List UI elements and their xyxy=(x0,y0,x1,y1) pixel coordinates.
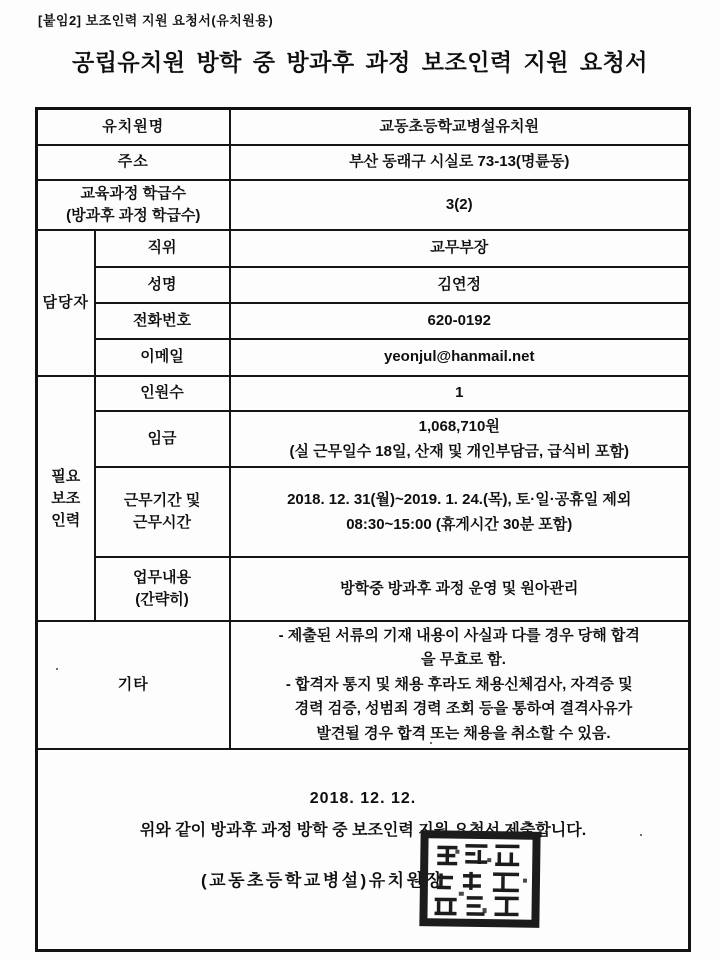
row-staff-wage: 임금 1,068,710원 (실 근무일수 18일, 산재 및 개인부담금, 급… xyxy=(37,411,690,467)
scan-noise-dot xyxy=(430,742,432,744)
manager-phone-value: 620-0192 xyxy=(230,303,690,339)
manager-name-label: 성명 xyxy=(95,267,230,303)
manager-name-value: 김연정 xyxy=(230,267,690,303)
row-staff-duties: 업무내용 (간략히) 방학중 방과후 과정 운영 및 원아관리 xyxy=(37,557,690,621)
row-etc: 기타 - 제출된 서류의 기재 내용이 사실과 다를 경우 당해 합격 을 무효… xyxy=(37,621,690,749)
work-period-value: 2018. 12. 31(월)~2019. 1. 24.(목), 토·일·공휴일… xyxy=(230,467,690,557)
etc-notes: - 제출된 서류의 기재 내용이 사실과 다를 경우 당해 합격 을 무효로 함… xyxy=(230,621,690,749)
signer-title: (교동초등학교병설)유치원장 xyxy=(201,870,444,893)
scan-noise-dot xyxy=(56,668,58,670)
scanned-request-form-document: [붙임2] 보조인력 지원 요청서(유치원용) 공립유치원 방학 중 방과후 과… xyxy=(0,0,720,960)
kindergarten-name-label: 유치원명 xyxy=(37,109,230,146)
manager-group-label: 담당자 xyxy=(37,230,95,376)
page-title: 공립유치원 방학 중 방과후 과정 보조인력 지원 요청서 xyxy=(0,44,720,77)
etc-note-line: 을 무효로 함. xyxy=(231,648,689,673)
address-value: 부산 동래구 시실로 73-13(명륜동) xyxy=(230,145,690,180)
etc-label: 기타 xyxy=(37,621,230,749)
etc-note-line: 경력 검증, 성범죄 경력 조회 등을 통하여 결격사유가 xyxy=(231,697,689,722)
attachment-note: [붙임2] 보조인력 지원 요청서(유치원용) xyxy=(38,10,273,29)
class-count-value: 3(2) xyxy=(230,180,690,230)
required-staff-group-label: 필요 보조 인력 xyxy=(37,376,95,621)
headcount-value: 1 xyxy=(230,376,690,411)
submission-statement: 위와 같이 방과후 과정 방학 중 보조인력 지원 요청서 제출합니다. xyxy=(38,820,688,842)
duties-label: 업무내용 (간략히) xyxy=(95,557,230,621)
row-class-count: 교육과정 학급수 (방과후 과정 학급수) 3(2) xyxy=(37,180,690,230)
row-manager-position: 담당자 직위 교무부장 xyxy=(37,230,690,267)
class-count-label: 교육과정 학급수 (방과후 과정 학급수) xyxy=(37,180,230,230)
work-period-label: 근무기간 및 근무시간 xyxy=(95,467,230,557)
manager-position-value: 교무부장 xyxy=(230,230,690,267)
manager-email-value: yeonjul@hanmail.net xyxy=(230,339,690,376)
manager-phone-label: 전화번호 xyxy=(95,303,230,339)
row-manager-name: 성명 김연정 xyxy=(37,267,690,303)
signature-block: 2018. 12. 12. 위와 같이 방과후 과정 방학 중 보조인력 지원 … xyxy=(37,749,690,951)
etc-note-line: - 합격자 통지 및 채용 후라도 채용신체검사, 자격증 및 xyxy=(231,673,689,698)
official-seal-stamp-icon xyxy=(418,829,541,929)
row-kindergarten-name: 유치원명 교동초등학교병설유치원 xyxy=(37,109,690,146)
etc-note-line: - 제출된 서류의 기재 내용이 사실과 다를 경우 당해 합격 xyxy=(231,624,689,649)
row-manager-phone: 전화번호 620-0192 xyxy=(37,303,690,339)
duties-value: 방학중 방과후 과정 운영 및 원아관리 xyxy=(230,557,690,621)
manager-email-label: 이메일 xyxy=(95,339,230,376)
row-address: 주소 부산 동래구 시실로 73-13(명륜동) xyxy=(37,145,690,180)
row-manager-email: 이메일 yeonjul@hanmail.net xyxy=(37,339,690,376)
kindergarten-name-value: 교동초등학교병설유치원 xyxy=(230,109,690,146)
row-staff-headcount: 필요 보조 인력 인원수 1 xyxy=(37,376,690,411)
wage-label: 임금 xyxy=(95,411,230,467)
address-label: 주소 xyxy=(37,145,230,180)
wage-value: 1,068,710원 (실 근무일수 18일, 산재 및 개인부담금, 급식비 … xyxy=(230,411,690,467)
request-form-table: 유치원명 교동초등학교병설유치원 주소 부산 동래구 시실로 73-13(명륜동… xyxy=(35,107,691,952)
row-signature-block: 2018. 12. 12. 위와 같이 방과후 과정 방학 중 보조인력 지원 … xyxy=(37,749,690,951)
submission-date: 2018. 12. 12. xyxy=(38,788,688,810)
scan-noise-dot xyxy=(640,834,642,836)
etc-note-line: 발견될 경우 합격 또는 채용을 취소할 수 있음. xyxy=(231,722,689,747)
headcount-label: 인원수 xyxy=(95,376,230,411)
manager-position-label: 직위 xyxy=(95,230,230,267)
row-staff-work-period: 근무기간 및 근무시간 2018. 12. 31(월)~2019. 1. 24.… xyxy=(37,467,690,557)
